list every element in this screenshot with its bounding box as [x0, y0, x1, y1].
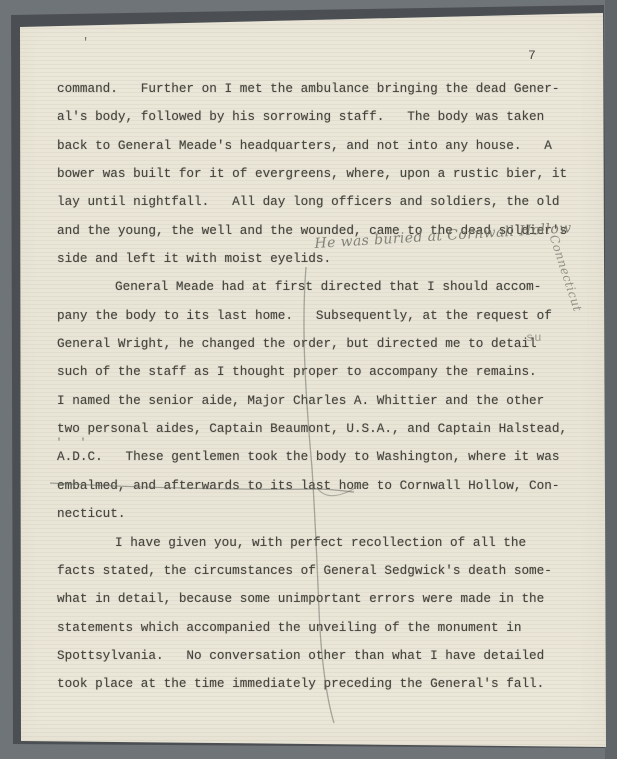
- typed-line: facts stated, the circumstances of Gener…: [57, 557, 577, 585]
- typed-line: Spottsylvania. No conversation other tha…: [57, 642, 577, 670]
- typed-line: statements which accompanied the unveili…: [57, 614, 577, 642]
- pencil-correction: su: [526, 331, 542, 345]
- typed-line: back to General Meade's headquarters, an…: [57, 132, 577, 160]
- typed-line: I named the senior aide, Major Charles A…: [57, 387, 577, 415]
- typed-line: lay until nightfall. All day long office…: [57, 188, 577, 216]
- typed-line: such of the staff as I thought proper to…: [57, 358, 577, 386]
- typed-line: General Wright, he changed the order, bu…: [57, 330, 577, 358]
- stray-mark: ': [82, 36, 89, 50]
- stray-mark: ' ': [56, 438, 92, 449]
- scanner-bed-right-strip: [605, 0, 617, 759]
- page-number: 7: [528, 48, 536, 63]
- typed-line: A.D.C. These gentlemen took the body to …: [57, 443, 577, 471]
- typed-line: General Meade had at first directed that…: [57, 273, 577, 301]
- typed-line: command. Further on I met the ambulance …: [57, 75, 577, 103]
- typed-line: bower was built for it of evergreens, wh…: [57, 160, 577, 188]
- typed-line: al's body, followed by his sorrowing sta…: [57, 103, 577, 131]
- typed-line: two personal aides, Captain Beaumont, U.…: [57, 415, 577, 443]
- typed-line: what in detail, because some unimportant…: [57, 585, 577, 613]
- typed-line: embalmed, and afterwards to its last hom…: [57, 472, 577, 500]
- typed-line: I have given you, with perfect recollect…: [57, 529, 577, 557]
- typed-text-block: command. Further on I met the ambulance …: [57, 75, 577, 699]
- typed-line: took place at the time immediately prece…: [57, 670, 577, 698]
- typed-line: pany the body to its last home. Subseque…: [57, 302, 577, 330]
- typed-line: necticut.: [57, 500, 577, 528]
